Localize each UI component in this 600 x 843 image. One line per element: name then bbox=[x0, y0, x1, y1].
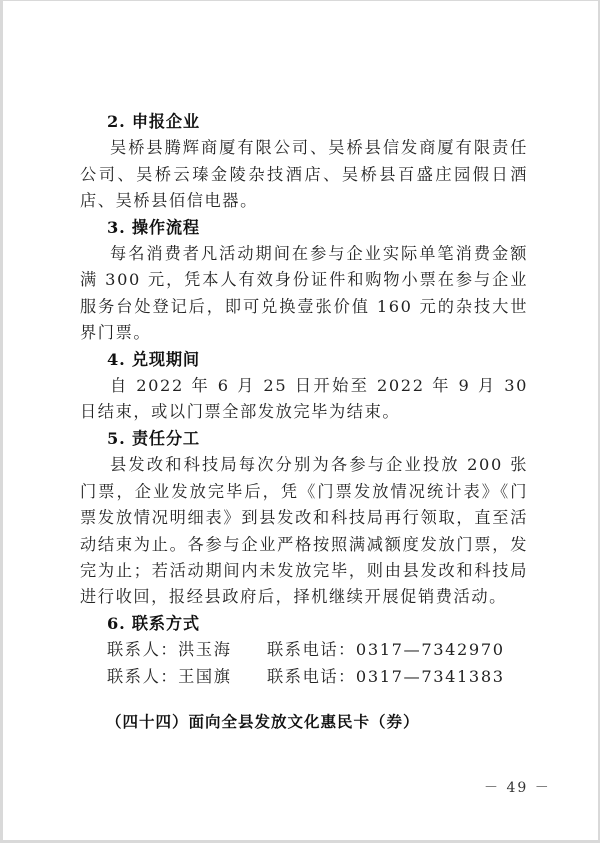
contact-phone: 联系电话：0317—7341383 bbox=[267, 664, 505, 690]
heading-responsibility-division: 5. 责任分工 bbox=[80, 426, 528, 452]
heading-applicant-companies: 2. 申报企业 bbox=[80, 109, 528, 135]
paragraph-redemption-period: 自 2022 年 6 月 25 日开始至 2022 年 9 月 30 日结束，或… bbox=[80, 373, 528, 426]
heading-contact-info: 6. 联系方式 bbox=[80, 611, 528, 637]
document-page: 2. 申报企业 吴桥县腾辉商厦有限公司、吴桥县信发商厦有限责任公司、吴桥云瑧金陵… bbox=[3, 1, 598, 840]
paragraph-operation-process: 每名消费者凡活动期间在参与企业实际单笔消费金额满 300 元，凭本人有效身份证件… bbox=[80, 241, 528, 347]
paragraph-applicant-companies: 吴桥县腾辉商厦有限公司、吴桥县信发商厦有限责任公司、吴桥云瑧金陵杂技酒店、吴桥县… bbox=[80, 135, 528, 214]
contact-person: 联系人：王国旗 bbox=[107, 664, 267, 690]
paragraph-responsibility-division: 县发改和科技局每次分别为各参与企业投放 200 张门票，企业发放完毕后，凭《门票… bbox=[80, 452, 528, 610]
heading-operation-process: 3. 操作流程 bbox=[80, 215, 528, 241]
contact-row: 联系人：王国旗 联系电话：0317—7341383 bbox=[80, 664, 528, 690]
page-number: － 49 － bbox=[484, 777, 551, 797]
contact-person: 联系人：洪玉海 bbox=[107, 637, 267, 663]
contact-phone: 联系电话：0317—7342970 bbox=[267, 637, 505, 663]
next-section-title: （四十四）面向全县发放文化惠民卡（券） bbox=[106, 710, 420, 732]
heading-redemption-period: 4. 兑现期间 bbox=[80, 347, 528, 373]
page-content: 2. 申报企业 吴桥县腾辉商厦有限公司、吴桥县信发商厦有限责任公司、吴桥云瑧金陵… bbox=[80, 109, 528, 690]
contact-row: 联系人：洪玉海 联系电话：0317—7342970 bbox=[80, 637, 528, 663]
